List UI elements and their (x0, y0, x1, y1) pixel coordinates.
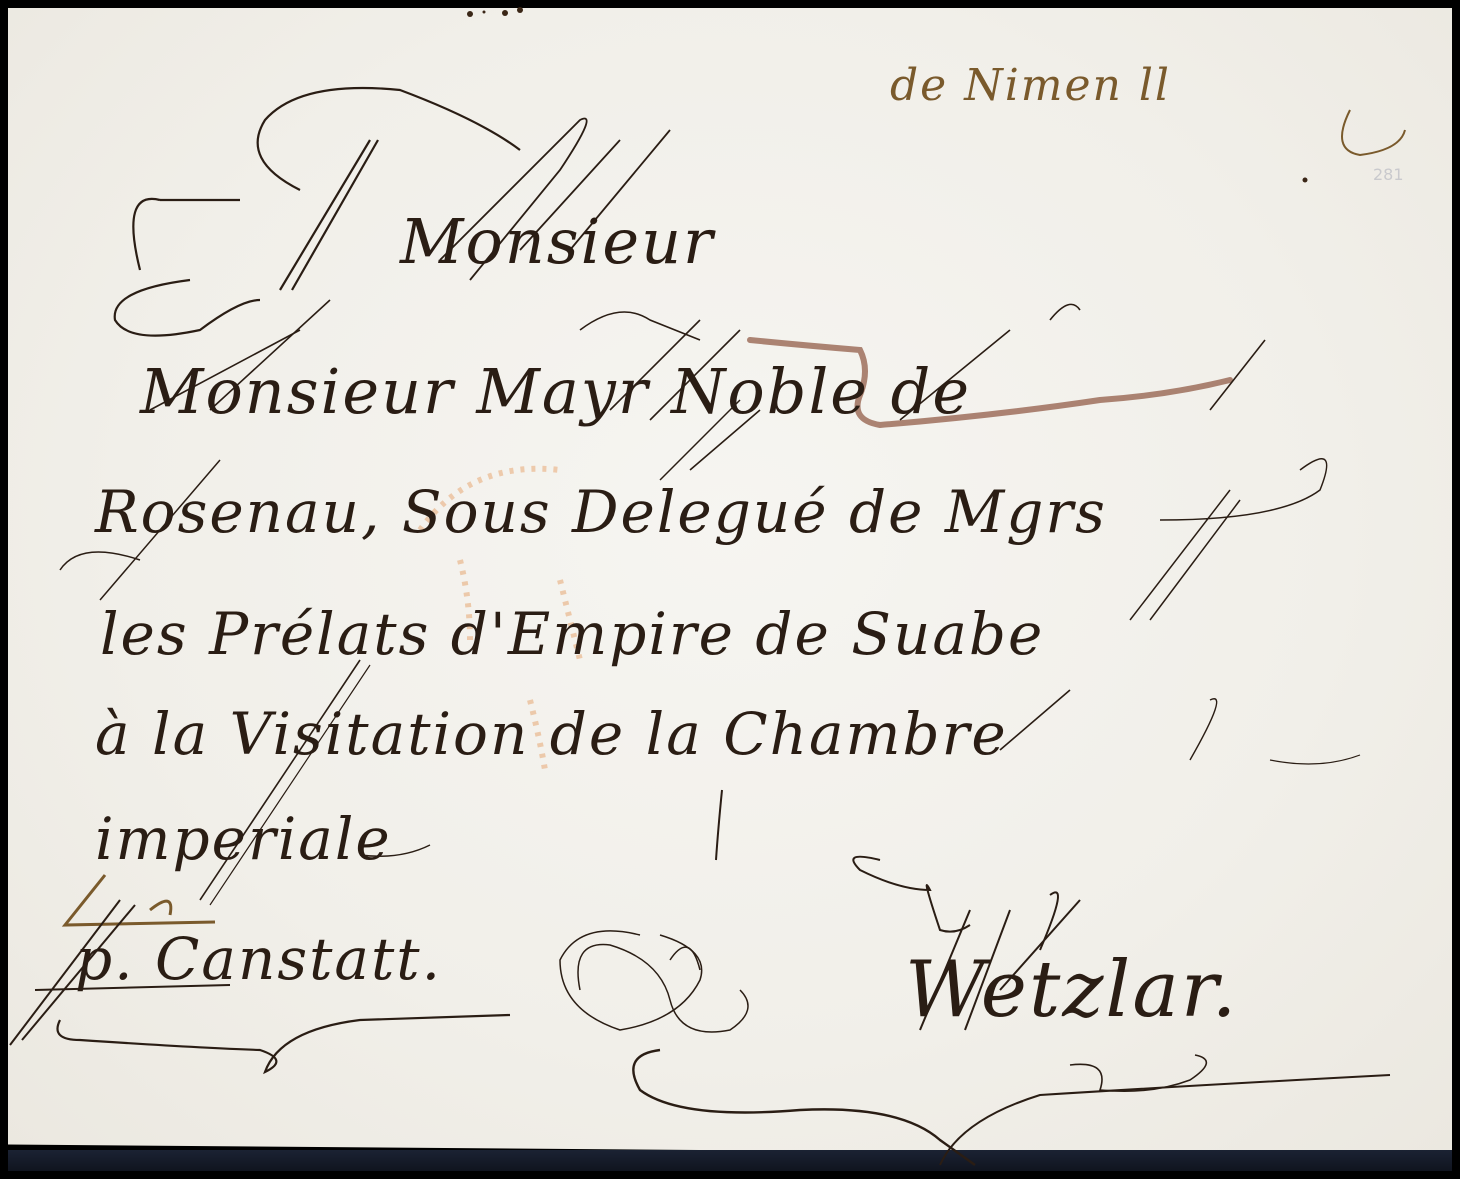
destination-city: Wetzlar. (905, 945, 1238, 1035)
address-line-1: Monsieur (400, 205, 715, 278)
address-line-5: à la Visitation de la Chambre (95, 700, 1008, 768)
address-line-4: les Prélats d'Empire de Suabe (100, 600, 1044, 668)
scan-bottom-edge (8, 1150, 1452, 1171)
address-line-6: imperiale (95, 805, 392, 873)
docket-note: de Nimen ll (890, 60, 1171, 111)
address-line-2: Monsieur Mayr Noble de (140, 355, 971, 428)
via-line: p. Canstatt. (75, 925, 442, 993)
pencil-number: 281 (1373, 165, 1404, 184)
address-line-3: Rosenau, Sous Delegué de Mgrs (95, 478, 1107, 546)
